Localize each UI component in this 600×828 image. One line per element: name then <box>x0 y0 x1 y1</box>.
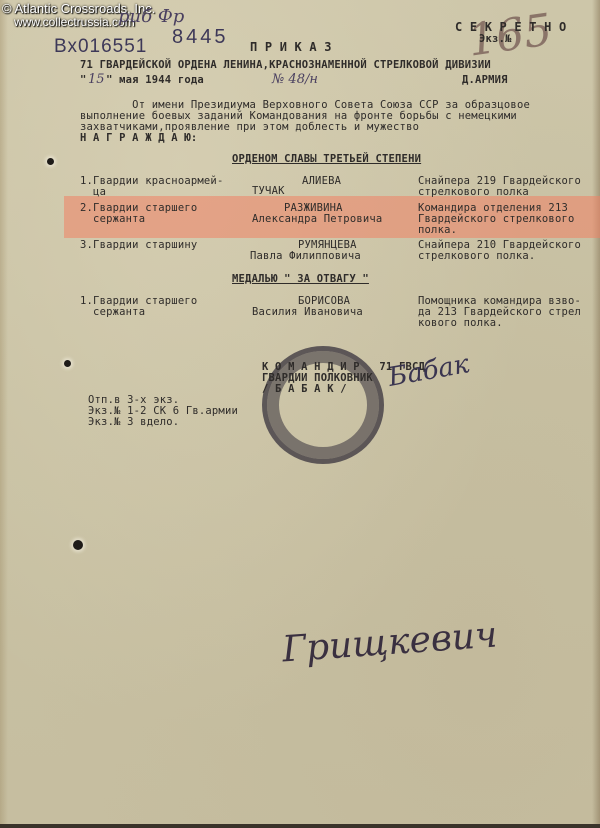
paper-edge-right <box>592 0 600 828</box>
handwritten-signature-bottom: Грищкевич <box>281 615 499 671</box>
entry-position-cont-2: кового полка. <box>418 318 503 329</box>
punch-hole <box>73 540 83 550</box>
entry-rank-cont: сержанта <box>80 214 145 225</box>
unit-line: 71 ГВАРДЕЙСКОЙ ОРДЕНА ЛЕНИНА,КРАСНОЗНАМЕ… <box>80 60 491 71</box>
entry-given-name: Александра Петровича <box>252 214 382 225</box>
entry-rank-cont: ца <box>80 187 106 198</box>
army-label: Д.АРМИЯ <box>462 75 508 86</box>
entry-given-name: ТУЧАК <box>252 186 285 197</box>
entry-position-cont: стрелкового полка. <box>418 251 535 262</box>
entry-given-name: Василия Ивановича <box>252 307 363 318</box>
distribution-line-3: Экз.№ 3 вдело. <box>88 417 179 428</box>
commander-signature: Бабак <box>386 349 471 393</box>
section-heading-order-of-glory: ОРДЕНОМ СЛАВЫ ТРЕТЬЕЙ СТЕПЕНИ <box>232 154 421 165</box>
document-title: П Р И К А З <box>250 42 332 53</box>
signature-name: / Б А Б А К / <box>262 384 347 395</box>
entry-rank-cont: сержанта <box>80 307 145 318</box>
entry-given-name: Павла Филипповича <box>250 251 361 262</box>
copy-number-label: Экз.№ <box>479 34 512 45</box>
order-number: № 48/н <box>272 72 318 87</box>
section-heading-medal-for-courage: МЕДАЛЬЮ " ЗА ОТВАГУ " <box>232 274 369 285</box>
incoming-stamp-number: Вх016551 <box>54 36 147 58</box>
incoming-stamp-number-2: 8445 <box>172 26 229 49</box>
entry-position-cont-2: полка. <box>418 225 457 236</box>
award-verb: Н А Г Р А Ж Д А Ю: <box>80 133 197 144</box>
paper-edge-left <box>0 0 8 828</box>
paper-edge-bottom <box>0 824 600 828</box>
entry-surname: АЛИЕВА <box>302 176 341 187</box>
document-page: © Atlantic Crossroads, Inc. www.collectr… <box>0 0 600 828</box>
entry-rank: 3.Гвардии старшину <box>80 240 197 251</box>
entry-position-cont: стрелкового полка <box>418 187 529 198</box>
watermark-url: www.collectrussia.com <box>14 15 135 29</box>
handwritten-top-note: риб Фр <box>118 6 184 27</box>
punch-hole <box>47 158 54 165</box>
handwritten-date-day: 15 <box>88 72 105 87</box>
punch-hole <box>64 360 71 367</box>
secrecy-label: С Е К Р Е Т Н О <box>455 22 566 33</box>
